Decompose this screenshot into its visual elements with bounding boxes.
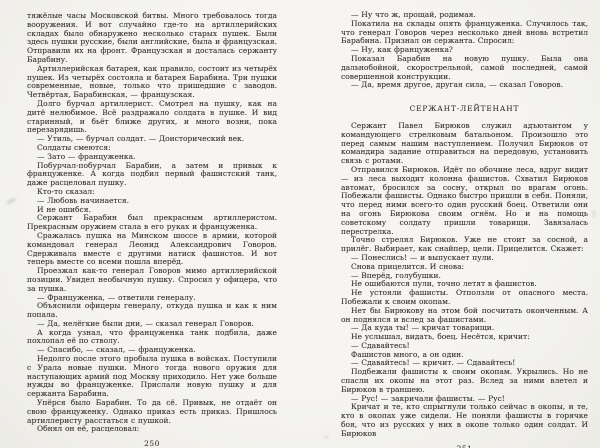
paragraph: Сержант Барабин был прекрасным артиллери…: [27, 214, 277, 232]
paragraph: Не устояли фашисты. Отползли от опасного…: [341, 289, 588, 307]
paragraph: Точно стрелял Бирюков. Уже не стоит за с…: [341, 236, 588, 254]
paragraph: Проезжал как-то генерал Говоров мимо арт…: [27, 267, 277, 293]
paragraph: Сержант Павел Бирюков служил адъютантом …: [341, 122, 588, 166]
scan-smudge: [592, 210, 596, 218]
scan-smudge: [6, 197, 18, 206]
paragraph: Объяснили офицеры генералу, откуда пушка…: [27, 302, 277, 320]
chapter-heading: СЕРЖАНТ-ЛЕЙТЕНАНТ: [341, 105, 588, 114]
paragraph: Долго бурчал артиллерист. Смотрел на пуш…: [27, 100, 277, 135]
scan-smudge: [120, 430, 124, 432]
book-scan: { "colors": { "paper": "#f4f3ef", "ink":…: [0, 0, 600, 448]
page-right: — Ну что ж, прощай, родимая.Покатила на …: [341, 0, 588, 448]
page-right-text: — Ну что ж, прощай, родимая.Покатила на …: [341, 11, 588, 439]
page-left-text: тяжёлые часы Московской битвы. Много тре…: [27, 12, 277, 434]
book-spread: тяжёлые часы Московской битвы. Много тре…: [0, 0, 600, 448]
paragraph: Недолго после этого пробыла пушка в войс…: [27, 355, 277, 399]
paragraph: Сражалась пушка на Минском шоссе в армии…: [27, 232, 277, 267]
paragraph: — Да, время другое, другая сила, — сказа…: [341, 81, 588, 90]
paragraph: Показал Барабин на новую пушку. Была она…: [341, 55, 588, 81]
paragraph: Артиллерийская батарея, как правило, сос…: [27, 65, 277, 100]
paragraph: Нет бы Бирюкову на этом бой посчитать ок…: [341, 307, 588, 325]
paragraph: Покатила на склады опять француженка. Сл…: [341, 20, 588, 46]
paragraph: Отправился Бирюков. Идёт по обочине леса…: [341, 166, 588, 236]
page-number-left: 250: [27, 439, 277, 448]
page-left: тяжёлые часы Московской битвы. Много тре…: [27, 0, 277, 448]
paragraph: Кричат и те, кто спрыгнули только сейчас…: [341, 403, 588, 438]
paragraph: Подбежали фашисты к своим окопам. Укрыли…: [341, 368, 588, 394]
paragraph: Побурчал-побурчал Барабин, а затем и при…: [27, 162, 277, 188]
scan-smudge: [324, 436, 329, 439]
page-number-right: 251: [341, 444, 588, 448]
paragraph: тяжёлые часы Московской битвы. Много тре…: [27, 12, 277, 65]
paragraph: Упёрся было Барабин. То да сё. Привык, н…: [27, 399, 277, 425]
paragraph: Обнял он её, расцеловал:: [27, 425, 277, 434]
paragraph: А когда узнал, что француженка танк подб…: [27, 329, 277, 347]
